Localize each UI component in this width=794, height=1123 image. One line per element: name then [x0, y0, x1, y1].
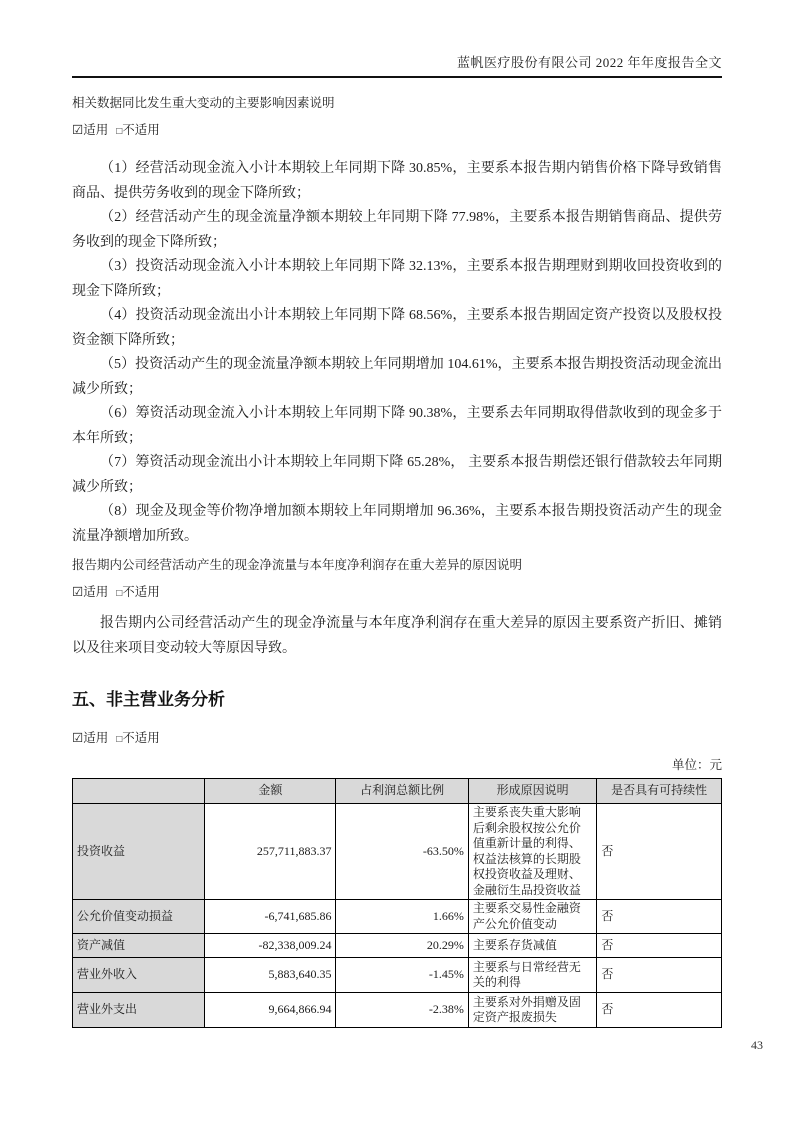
- nonmain-business-table: 金额 占利润总额比例 形成原因说明 是否具有可持续性 投资收益 257,711,…: [72, 778, 722, 1028]
- page-number: 43: [751, 1038, 763, 1053]
- factor-paragraph-2: （2）经营活动产生的现金流量净额本期较上年同期下降 77.98%，主要系本报告期…: [72, 206, 722, 255]
- reason-cell: 主要系交易性金融资产公允价值变动: [468, 900, 597, 934]
- sustainable-cell: 否: [597, 993, 722, 1028]
- checked-checkbox-icon: ☑: [72, 731, 83, 745]
- factors-title: 相关数据同比发生重大变动的主要影响因素说明: [72, 93, 722, 111]
- header-cell-reason: 形成原因说明: [468, 779, 597, 804]
- factors-paragraphs: （1）经营活动现金流入小计本期较上年同期下降 30.85%，主要系本报告期内销售…: [72, 157, 722, 549]
- not-applicable-label: 不适用: [122, 731, 160, 745]
- table-row: 公允价值变动损益 -6,741,685.86 1.66% 主要系交易性金融资产公…: [73, 900, 722, 934]
- header-cell-ratio: 占利润总额比例: [336, 779, 468, 804]
- amount-cell: 257,711,883.37: [205, 804, 336, 900]
- ratio-cell: 20.29%: [336, 934, 468, 958]
- table-row: 投资收益 257,711,883.37 -63.50% 主要系丧失重大影响后剩余…: [73, 804, 722, 900]
- table-header-row: 金额 占利润总额比例 形成原因说明 是否具有可持续性: [73, 779, 722, 804]
- sustainable-cell: 否: [597, 900, 722, 934]
- applicability-note-section5: ☑适用□不适用: [72, 728, 722, 746]
- not-applicable-label: 不适用: [122, 123, 160, 137]
- amount-cell: 5,883,640.35: [205, 958, 336, 993]
- table-row: 营业外收入 5,883,640.35 -1.45% 主要系与日常经营无关的利得 …: [73, 958, 722, 993]
- reason-cell: 主要系与日常经营无关的利得: [468, 958, 597, 993]
- ratio-cell: 1.66%: [336, 900, 468, 934]
- amount-cell: 9,664,866.94: [205, 993, 336, 1028]
- amount-cell: -82,338,009.24: [205, 934, 336, 958]
- header-cell-sustainable: 是否具有可持续性: [597, 779, 722, 804]
- reason-cell: 主要系存货减值: [468, 934, 597, 958]
- row-label-cell: 营业外支出: [73, 993, 205, 1028]
- amount-cell: -6,741,685.86: [205, 900, 336, 934]
- reason-cell: 主要系对外捐赠及固定资产报废损失: [468, 993, 597, 1028]
- report-title: 蓝帆医疗股份有限公司 2022 年年度报告全文: [457, 55, 722, 70]
- not-applicable-label: 不适用: [122, 585, 160, 599]
- report-page: 蓝帆医疗股份有限公司 2022 年年度报告全文 相关数据同比发生重大变动的主要影…: [0, 0, 794, 1123]
- table-row: 资产减值 -82,338,009.24 20.29% 主要系存货减值 否: [73, 934, 722, 958]
- checked-checkbox-icon: ☑: [72, 585, 83, 599]
- row-label-cell: 公允价值变动损益: [73, 900, 205, 934]
- page-content: 蓝帆医疗股份有限公司 2022 年年度报告全文 相关数据同比发生重大变动的主要影…: [0, 0, 794, 1028]
- sustainable-cell: 否: [597, 804, 722, 900]
- running-head: 蓝帆医疗股份有限公司 2022 年年度报告全文: [72, 52, 722, 78]
- unit-label: 单位：元: [72, 755, 722, 773]
- applicable-label: 适用: [83, 585, 108, 599]
- row-label-cell: 营业外收入: [73, 958, 205, 993]
- ratio-cell: -2.38%: [336, 993, 468, 1028]
- applicability-note-difference: ☑适用□不适用: [72, 582, 722, 600]
- difference-title: 报告期内公司经营活动产生的现金净流量与本年度净利润存在重大差异的原因说明: [72, 555, 722, 573]
- ratio-cell: -63.50%: [336, 804, 468, 900]
- reason-cell: 主要系丧失重大影响后剩余股权按公允价值重新计量的利得、权益法核算的长期股权投资收…: [468, 804, 597, 900]
- sustainable-cell: 否: [597, 958, 722, 993]
- ratio-cell: -1.45%: [336, 958, 468, 993]
- row-label-cell: 投资收益: [73, 804, 205, 900]
- factor-paragraph-1: （1）经营活动现金流入小计本期较上年同期下降 30.85%，主要系本报告期内销售…: [72, 157, 722, 206]
- section-heading-nonmain-business: 五、非主营业务分析: [72, 685, 722, 710]
- table-row: 营业外支出 9,664,866.94 -2.38% 主要系对外捐赠及固定资产报废…: [73, 993, 722, 1028]
- checked-checkbox-icon: ☑: [72, 123, 83, 137]
- applicable-label: 适用: [83, 123, 108, 137]
- factor-paragraph-8: （8）现金及现金等价物净增加额本期较上年同期增加 96.36%，主要系本报告期投…: [72, 500, 722, 549]
- factor-paragraph-5: （5）投资活动产生的现金流量净额本期较上年同期增加 104.61%，主要系本报告…: [72, 353, 722, 402]
- factor-paragraph-7: （7）筹资活动现金流出小计本期较上年同期下降 65.28%， 主要系本报告期偿还…: [72, 451, 722, 500]
- sustainable-cell: 否: [597, 934, 722, 958]
- header-cell-amount: 金额: [205, 779, 336, 804]
- applicable-label: 适用: [83, 731, 108, 745]
- factor-paragraph-3: （3）投资活动现金流入小计本期较上年同期下降 32.13%，主要系本报告期理财到…: [72, 255, 722, 304]
- applicability-note-factors: ☑适用□不适用: [72, 120, 722, 138]
- row-label-cell: 资产减值: [73, 934, 205, 958]
- difference-paragraph: 报告期内公司经营活动产生的现金净流量与本年度净利润存在重大差异的原因主要系资产折…: [72, 611, 722, 661]
- factor-paragraph-6: （6）筹资活动现金流入小计本期较上年同期下降 90.38%，主要系去年同期取得借…: [72, 402, 722, 451]
- factor-paragraph-4: （4）投资活动现金流出小计本期较上年同期下降 68.56%，主要系本报告期固定资…: [72, 304, 722, 353]
- header-cell-blank: [73, 779, 205, 804]
